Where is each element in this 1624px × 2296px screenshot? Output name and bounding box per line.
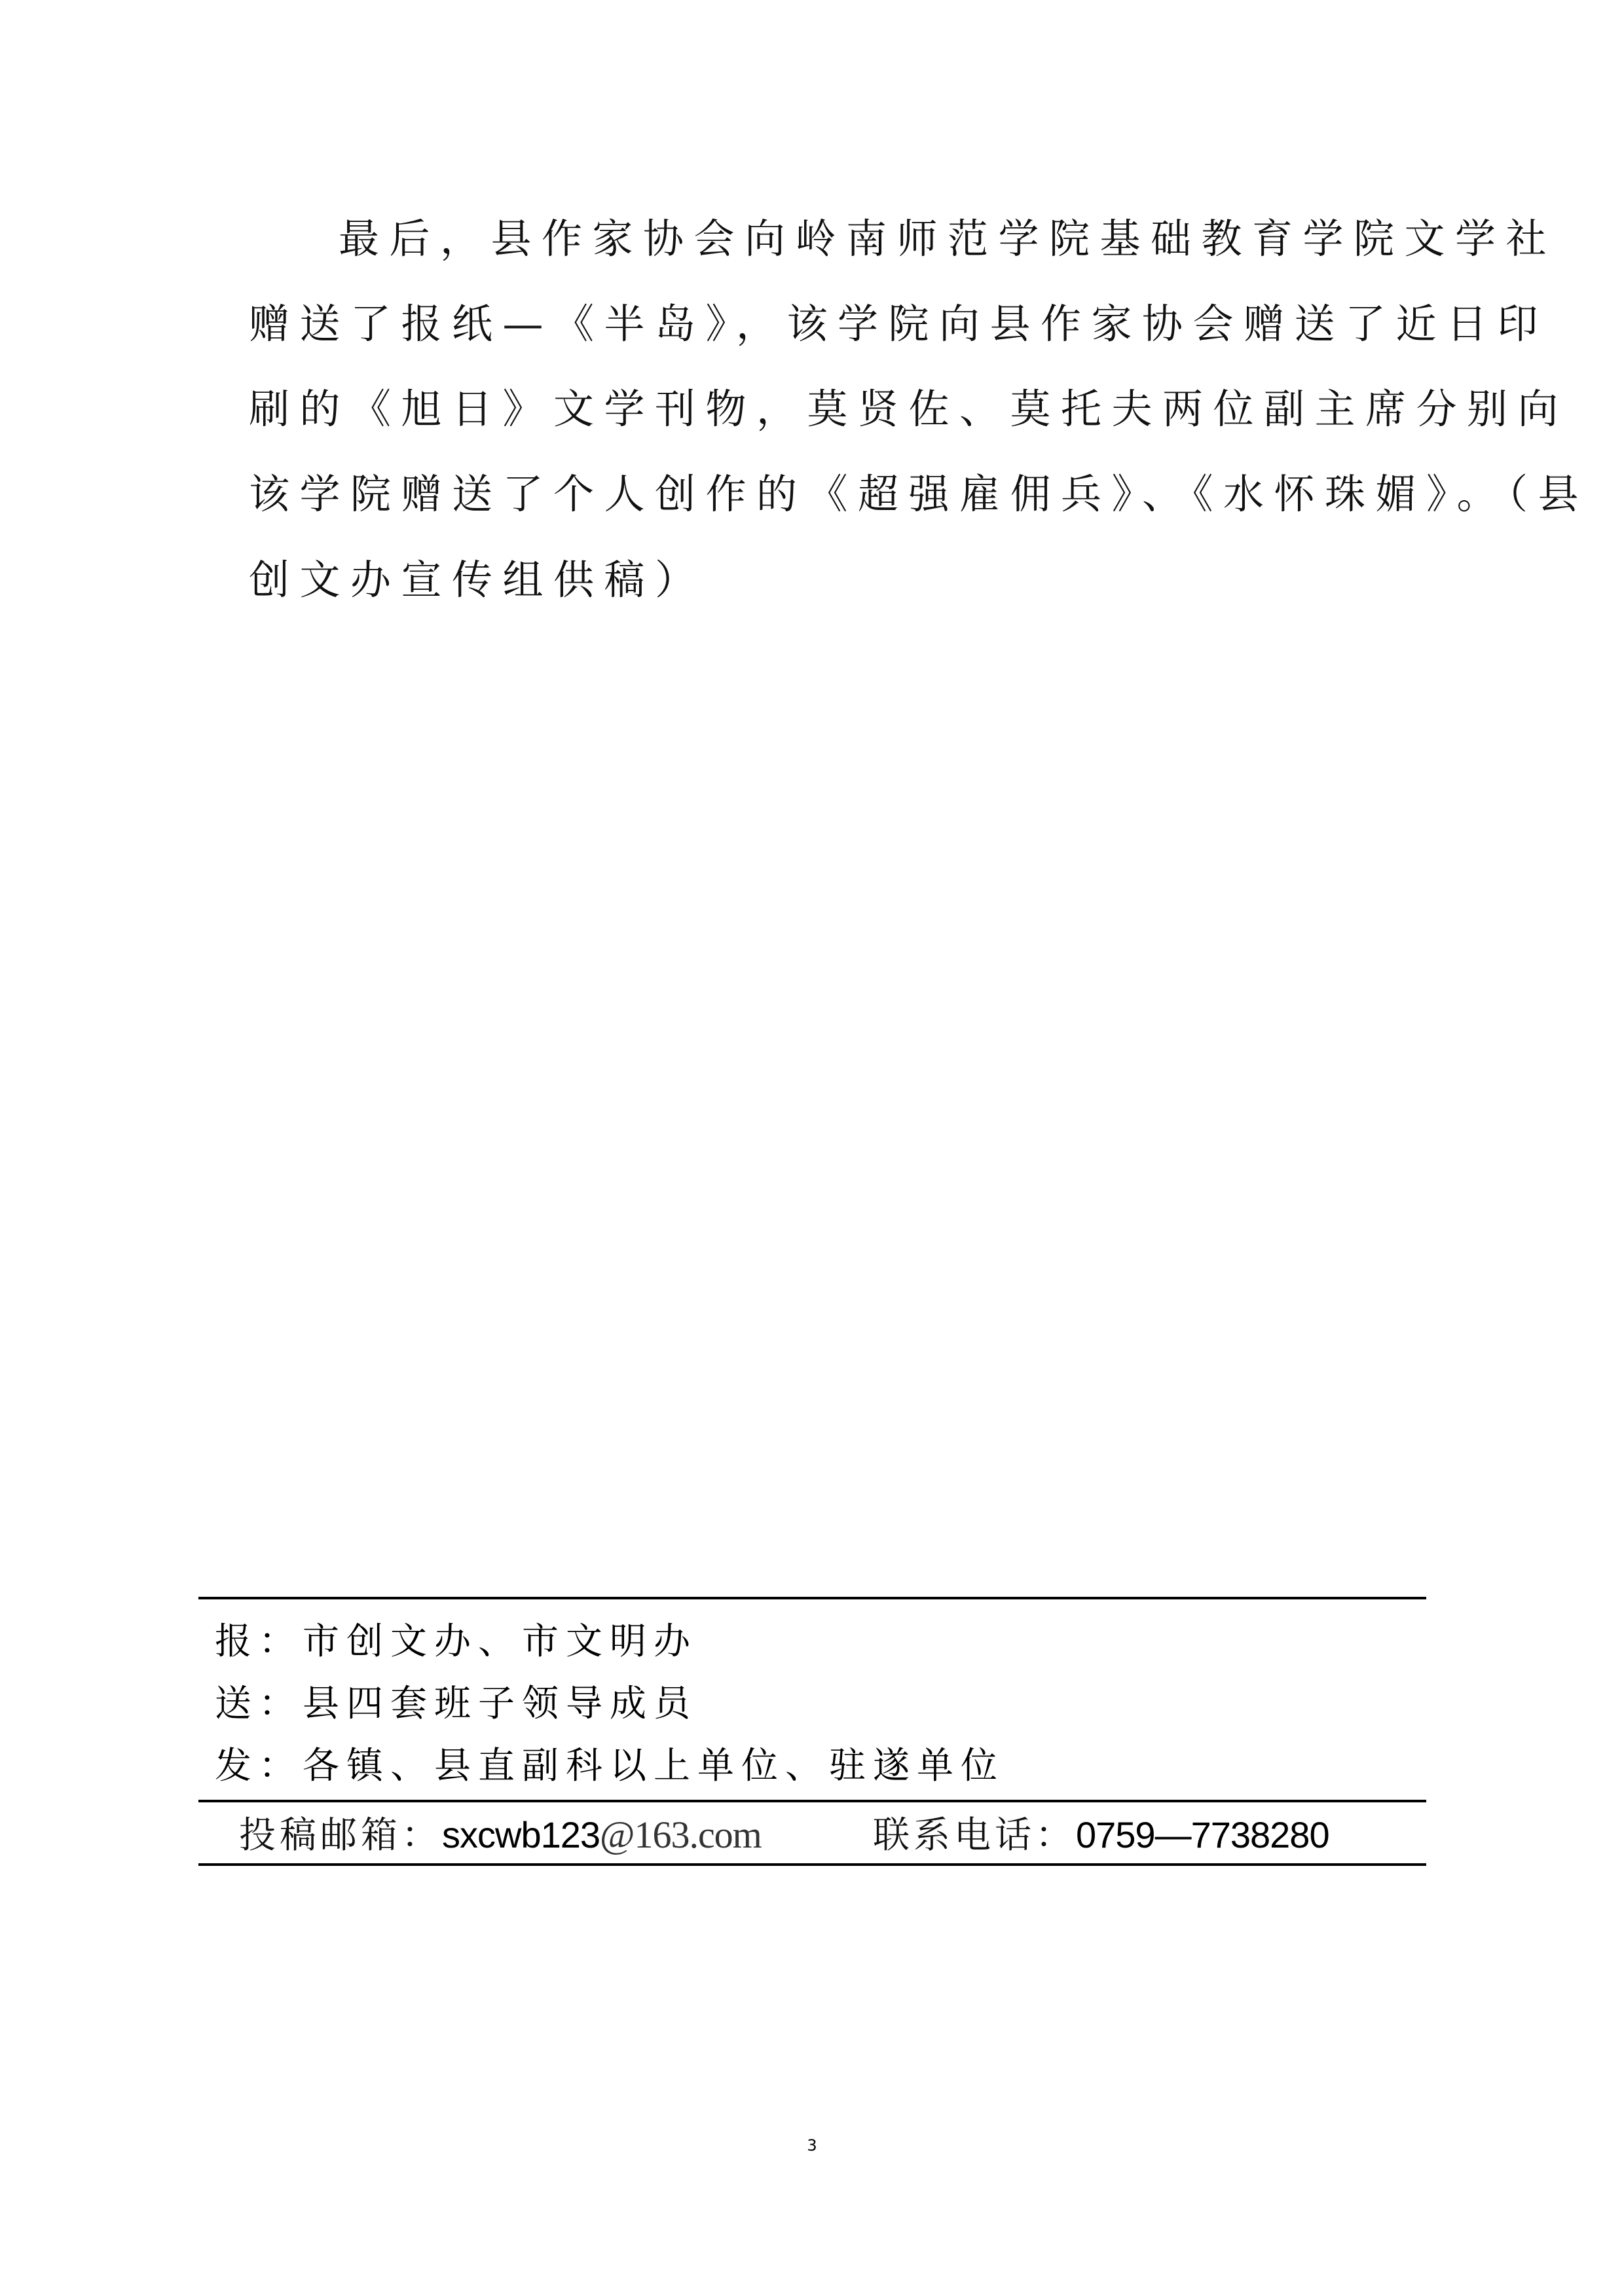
send-to-line: 送：县四套班子领导成员 — [215, 1683, 697, 1725]
email-user: sxcwb123 — [442, 1814, 600, 1855]
email-line: 投稿邮箱：sxcwb123@163.com — [239, 1812, 762, 1858]
middle-divider — [198, 1800, 1426, 1802]
paragraph-line-5: 创文办宣传组供稿） — [249, 557, 706, 603]
document-page: 最后，县作家协会向岭南师范学院基础教育学院文学社 赠送了报纸—《半岛》，该学院向… — [0, 0, 1624, 2296]
bottom-divider — [198, 1863, 1426, 1866]
page-number: 3 — [805, 2136, 819, 2155]
issue-to-line: 发：各镇、县直副科以上单位、驻遂单位 — [215, 1745, 1005, 1787]
paragraph-line-4: 该学院赠送了个人创作的《超强雇佣兵》、《水怀珠媚》。（县 — [249, 471, 1589, 517]
paragraph-line-3: 刷的《旭日》文学刊物，莫贤佐、莫托夫两位副主席分别向 — [249, 386, 1568, 432]
phone-number: 0759—7738280 — [1076, 1814, 1329, 1855]
paragraph-line-1: 最后，县作家协会向岭南师范学院基础教育学院文学社 — [339, 216, 1557, 262]
phone-label: 联系电话： — [873, 1814, 1076, 1857]
email-domain: @163.com — [600, 1813, 762, 1856]
email-label: 投稿邮箱： — [239, 1814, 442, 1857]
paragraph-line-2: 赠送了报纸—《半岛》，该学院向县作家协会赠送了近日印 — [249, 301, 1548, 347]
phone-line: 联系电话：0759—7738280 — [873, 1812, 1329, 1858]
top-divider — [198, 1597, 1426, 1599]
report-to-line: 报：市创文办、市文明办 — [215, 1621, 697, 1663]
